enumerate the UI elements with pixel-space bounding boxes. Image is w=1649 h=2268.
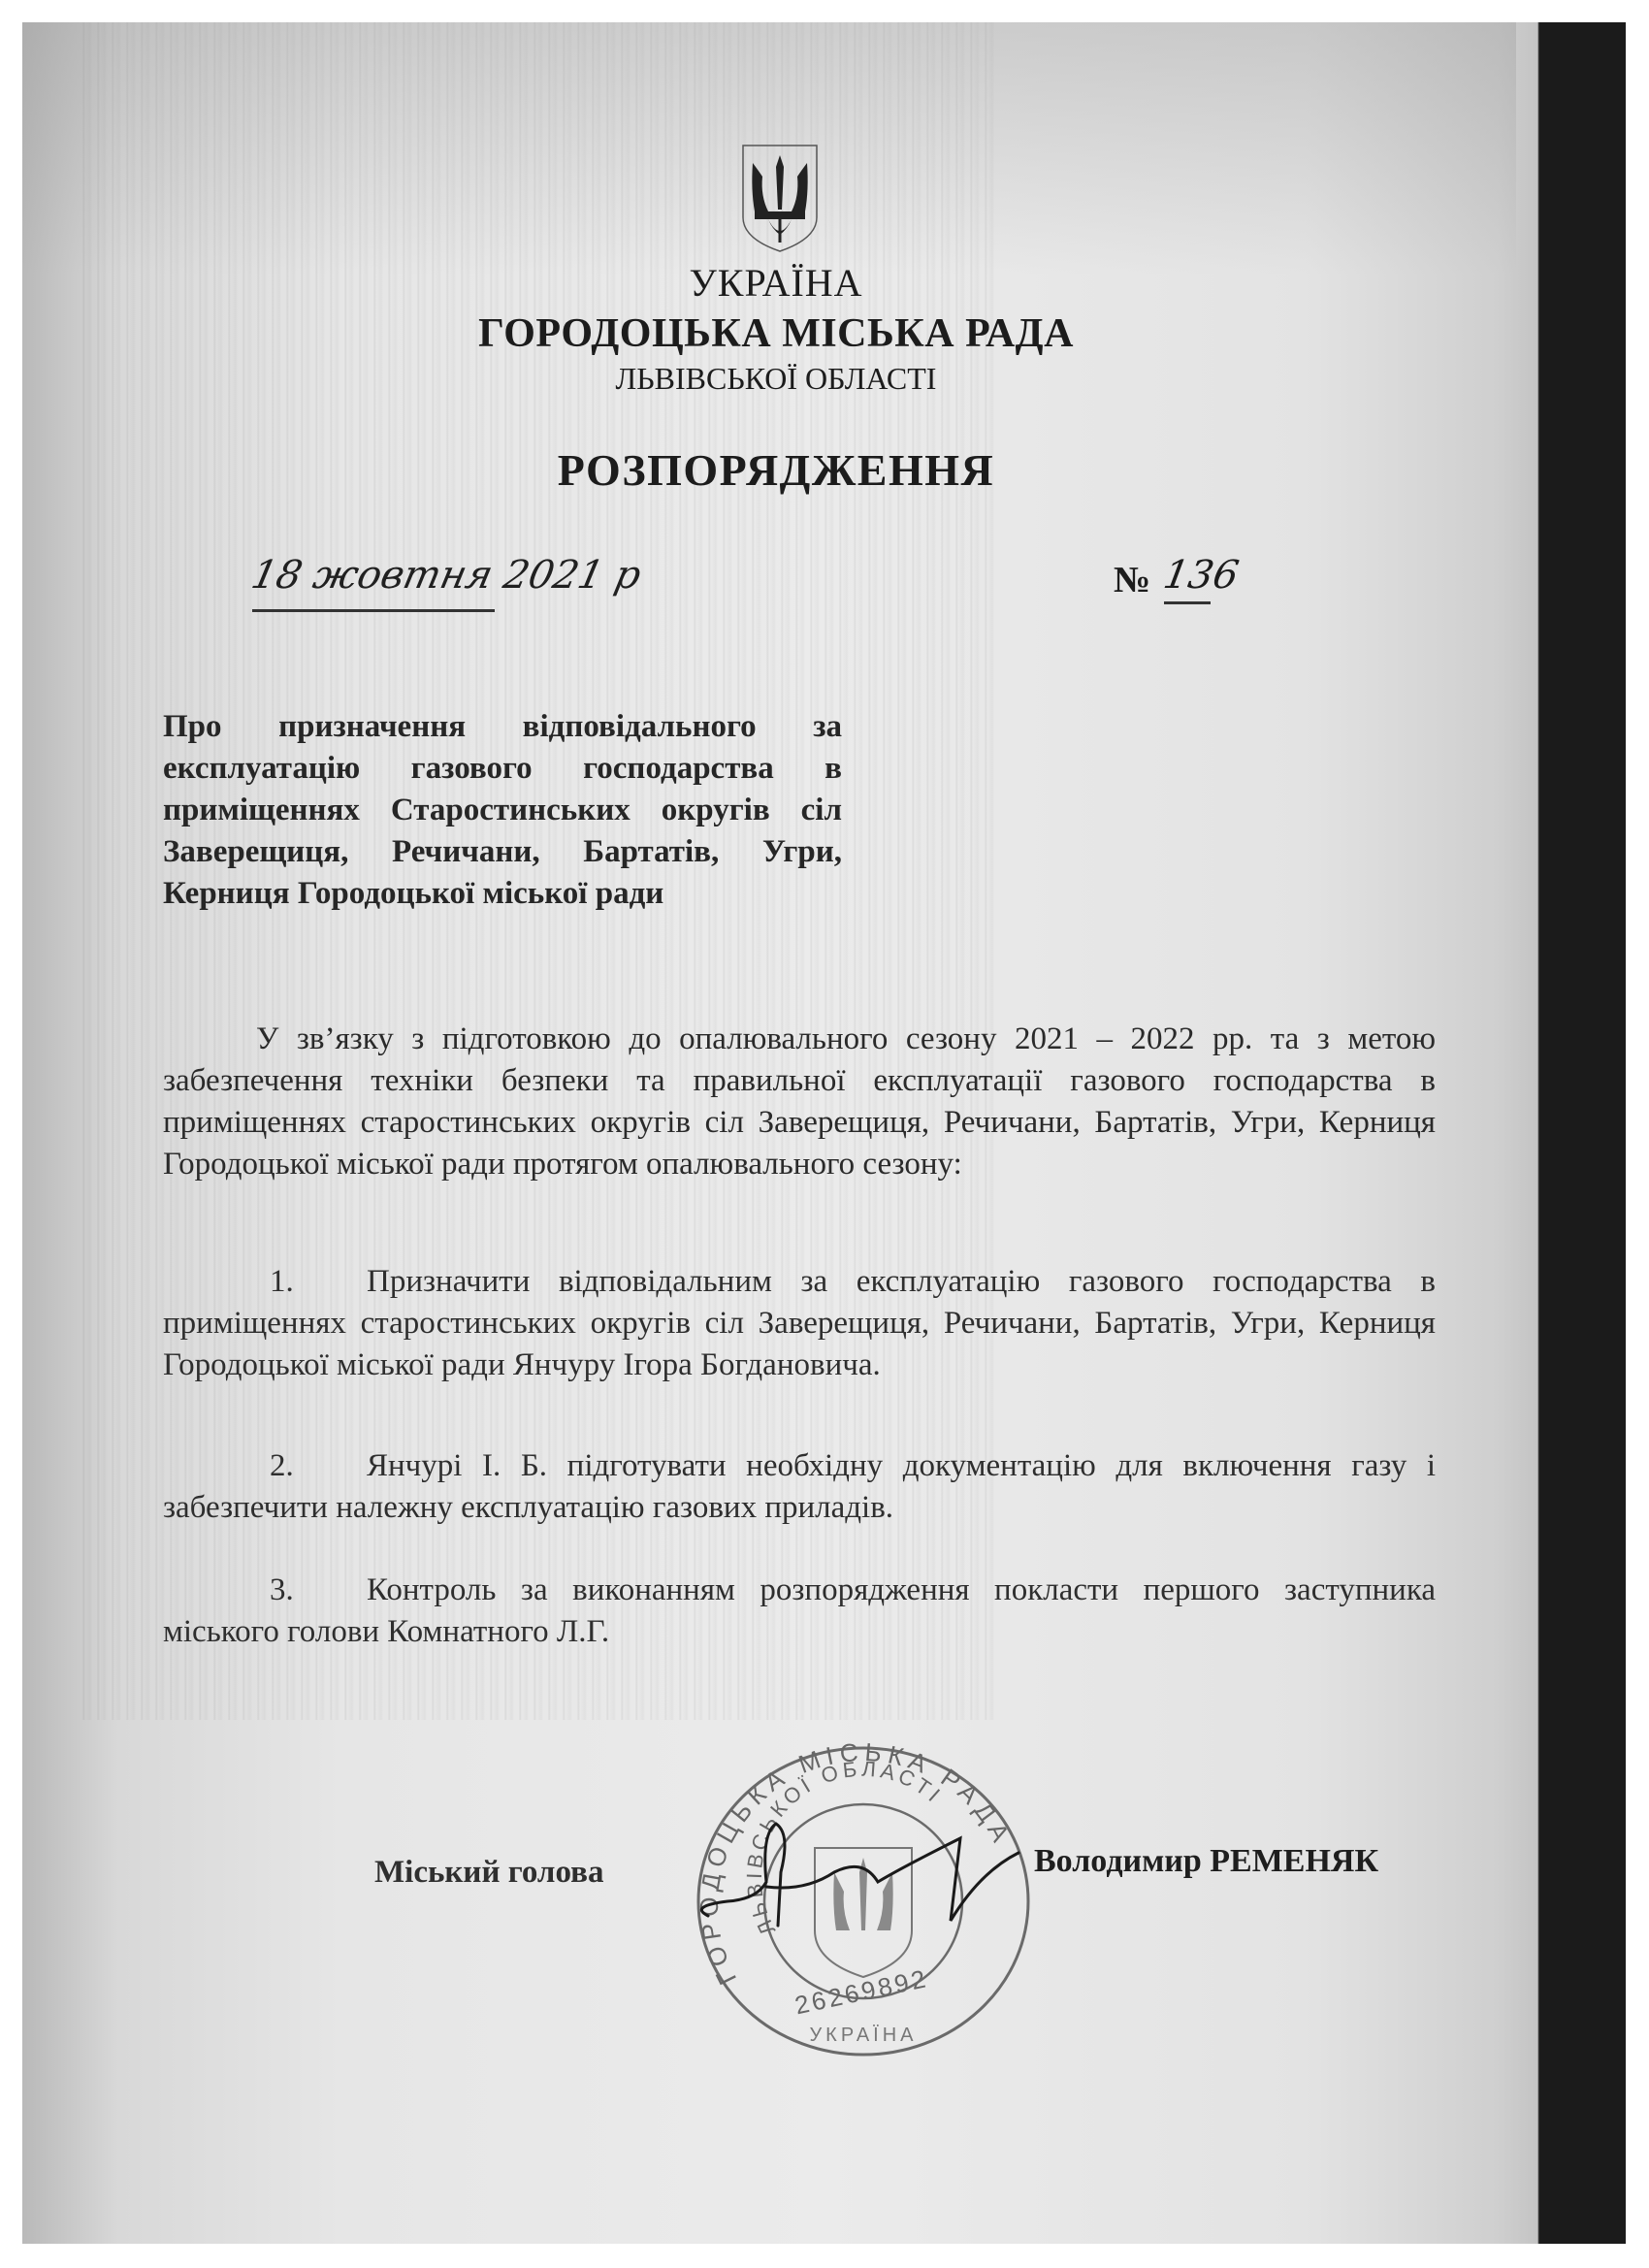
item-number: 2. bbox=[163, 1445, 367, 1487]
region-heading: ЛЬВІВСЬКОЇ ОБЛАСТІ bbox=[291, 361, 1261, 397]
council-heading: ГОРОДОЦЬКА МІСЬКА РАДА bbox=[291, 310, 1261, 357]
handwritten-number: 136 bbox=[1160, 553, 1242, 598]
handwritten-date: 18 жовтня 2021 р bbox=[247, 553, 645, 598]
order-item: 1.Призначити відповідальним за експлуата… bbox=[163, 1261, 1436, 1386]
stamp-code: 26269892 bbox=[792, 1963, 931, 2020]
item-number: 1. bbox=[163, 1261, 367, 1303]
preamble-paragraph: У зв’язку з підготовкою до опалювального… bbox=[163, 1019, 1436, 1185]
country-heading: УКРАЇНА bbox=[291, 260, 1261, 306]
document-type-heading: РОЗПОРЯДЖЕННЯ bbox=[291, 444, 1261, 496]
signatory-role: Міський голова bbox=[374, 1855, 603, 1891]
number-underline bbox=[1164, 601, 1211, 604]
handwritten-signature bbox=[669, 1814, 1038, 1940]
number-label: № bbox=[1114, 559, 1150, 601]
subject-title: Про призначення відповідального за експл… bbox=[163, 706, 842, 915]
item-number: 3. bbox=[163, 1570, 367, 1611]
stamp-bottom-text: УКРАЇНА bbox=[809, 2025, 917, 2046]
order-item: 2.Янчурі І. Б. підготувати необхідну док… bbox=[163, 1445, 1436, 1529]
date-underline bbox=[252, 609, 495, 612]
signatory-name: Володимир РЕМЕНЯК bbox=[1034, 1843, 1378, 1880]
trident-coat-of-arms-icon bbox=[739, 142, 821, 254]
order-item: 3.Контроль за виконанням розпорядження п… bbox=[163, 1570, 1436, 1653]
